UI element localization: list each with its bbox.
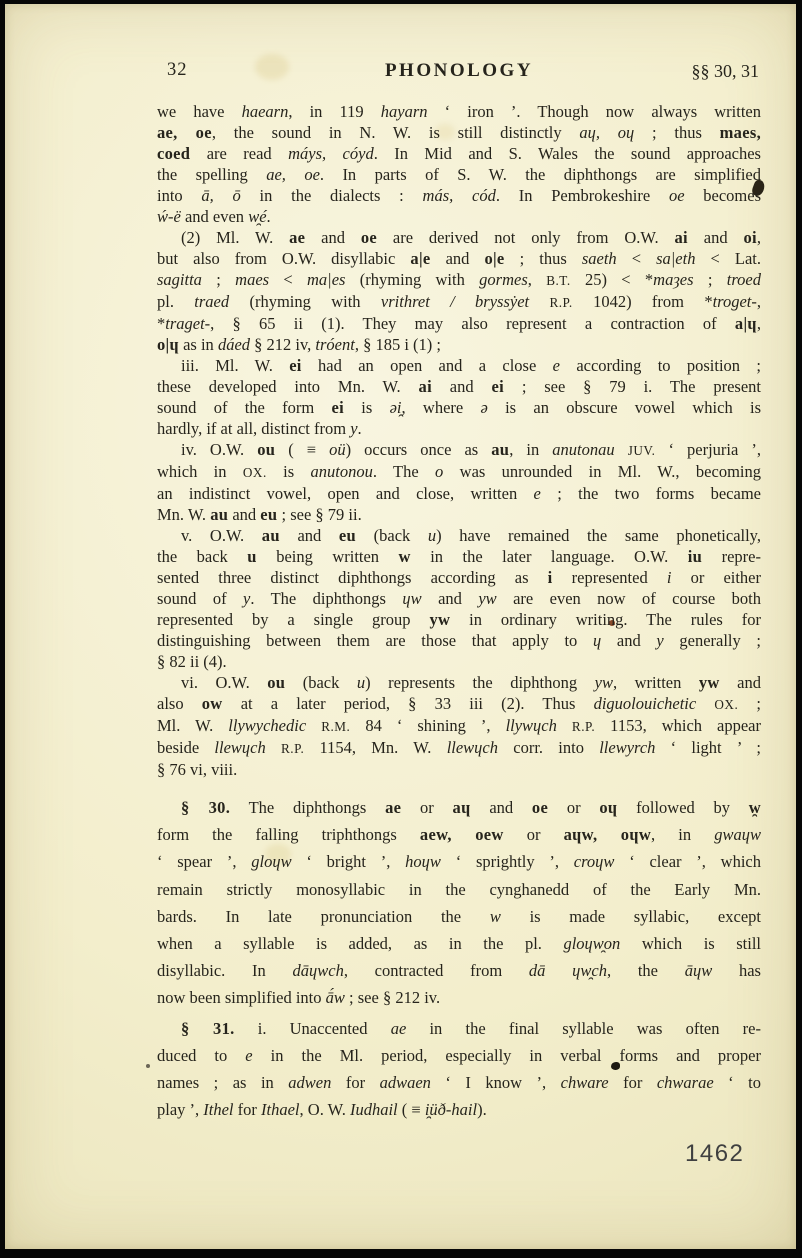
text-line: v. O.W. au and eu (back u) have remained… — [157, 525, 761, 546]
ink-speck-artifact — [146, 1064, 150, 1068]
text-line: sagitta ; maes < ma|es (rhyming with gor… — [157, 269, 761, 291]
text-line: we have haearn, in 119 hayarn ‘ iron ’. … — [157, 101, 761, 122]
paragraph: § 31. i. Unaccented ae in the final syll… — [157, 1015, 761, 1124]
text-line: disyllabic. In dāɥwch, contracted from d… — [157, 957, 761, 984]
paragraph: (2) Ml. W. ae and oe are derived not onl… — [157, 227, 761, 355]
text-line: which in OX. is anutonou. The o was unro… — [157, 461, 761, 483]
paragraph: vi. O.W. ou (back u) represents the diph… — [157, 672, 761, 780]
text-line: names ; as in adwen for adwaen ‘ I know … — [157, 1069, 761, 1096]
text-line: ae, oe, the sound in N. W. is still dist… — [157, 122, 761, 143]
text-line: § 82 ii (4). — [157, 651, 761, 672]
text-line: represented by a single group yw in ordi… — [157, 609, 761, 630]
text-line: § 30. The diphthongs ae or aɥ and oe or … — [157, 794, 761, 821]
text-line: also ow at a later period, § 33 iii (2).… — [157, 693, 761, 715]
text-line: Ml. W. llywychedic R.M. 84 ‘ shining ’, … — [157, 715, 761, 737]
text-line: ẃ-ë and even w̯é. — [157, 206, 761, 227]
text-line: play ’, Ithel for Ithael, O. W. Iudhail … — [157, 1096, 761, 1123]
text-line: duced to e in the Ml. period, especially… — [157, 1042, 761, 1069]
text-line: (2) Ml. W. ae and oe are derived not onl… — [157, 227, 761, 248]
text-line: now been simplified into ā́w ; see § 212… — [157, 984, 761, 1011]
text-line: sound of y. The diphthongs ɥw and yw are… — [157, 588, 761, 609]
text-line: § 76 vi, viii. — [157, 759, 761, 780]
text-line: the spelling ae, oe. In parts of S. W. t… — [157, 164, 761, 185]
text-line: form the falling triphthongs aew, oew or… — [157, 821, 761, 848]
text-line: § 31. i. Unaccented ae in the final syll… — [157, 1015, 761, 1042]
text-line: iv. O.W. ou ( ≡ oü) occurs once as au, i… — [157, 439, 761, 461]
text-line: these developed into Mn. W. ai and ei ; … — [157, 376, 761, 397]
paragraph: iv. O.W. ou ( ≡ oü) occurs once as au, i… — [157, 439, 761, 525]
catalog-stamp: 1462 — [685, 1140, 744, 1168]
text-line: *traget-, § 65 ii (1). They may also rep… — [157, 313, 761, 334]
text-line: iii. Ml. W. ei had an open and a close e… — [157, 355, 761, 376]
paragraph: iii. Ml. W. ei had an open and a close e… — [157, 355, 761, 439]
text-line: sented three distinct diphthongs accordi… — [157, 567, 761, 588]
text-line: hardly, if at all, distinct from y. — [157, 418, 761, 439]
text-line: but also from O.W. disyllabic a|e and o|… — [157, 248, 761, 269]
text-line: vi. O.W. ou (back u) represents the diph… — [157, 672, 761, 693]
text-line: remain strictly monosyllabic in the cyng… — [157, 876, 761, 903]
paragraph: v. O.W. au and eu (back u) have remained… — [157, 525, 761, 672]
text-line: coed are read máys, cóyd. In Mid and S. … — [157, 143, 761, 164]
text-line: bards. In late pronunciation the w is ma… — [157, 903, 761, 930]
text-line: an indistinct vowel, open and close, wri… — [157, 483, 761, 504]
running-header: 32 PHONOLOGY §§ 30, 31 — [157, 60, 761, 86]
paragraph: § 30. The diphthongs ae or aɥ and oe or … — [157, 794, 761, 1012]
text-line: into ā, ō in the dialects : más, cód. In… — [157, 185, 761, 206]
text-line: sound of the form ei is əi̯, where ə is … — [157, 397, 761, 418]
book-page-scan: 32 PHONOLOGY §§ 30, 31 we have haearn, i… — [5, 4, 796, 1249]
text-line: pl. traed (rhyming with vrithret / bryss… — [157, 291, 761, 313]
paragraph: we have haearn, in 119 hayarn ‘ iron ’. … — [157, 101, 761, 227]
section-range: §§ 30, 31 — [692, 61, 760, 82]
page-content: 32 PHONOLOGY §§ 30, 31 we have haearn, i… — [157, 60, 761, 1123]
text-line: beside llewɥch R.P. 1154, Mn. W. llewɥch… — [157, 737, 761, 759]
text-line: o|ɥ as in dáed § 212 iv, tróent, § 185 i… — [157, 334, 761, 355]
text-line: ‘ spear ’, gloɥw ‘ bright ’, hoɥw ‘ spri… — [157, 848, 761, 875]
text-line: distinguishing between them are those th… — [157, 630, 761, 651]
text-block: we have haearn, in 119 hayarn ‘ iron ’. … — [157, 101, 761, 1123]
text-line: when a syllable is added, as in the pl. … — [157, 930, 761, 957]
text-line: the back u being written w in the later … — [157, 546, 761, 567]
running-title: PHONOLOGY — [157, 60, 761, 82]
text-line: Mn. W. au and eu ; see § 79 ii. — [157, 504, 761, 525]
